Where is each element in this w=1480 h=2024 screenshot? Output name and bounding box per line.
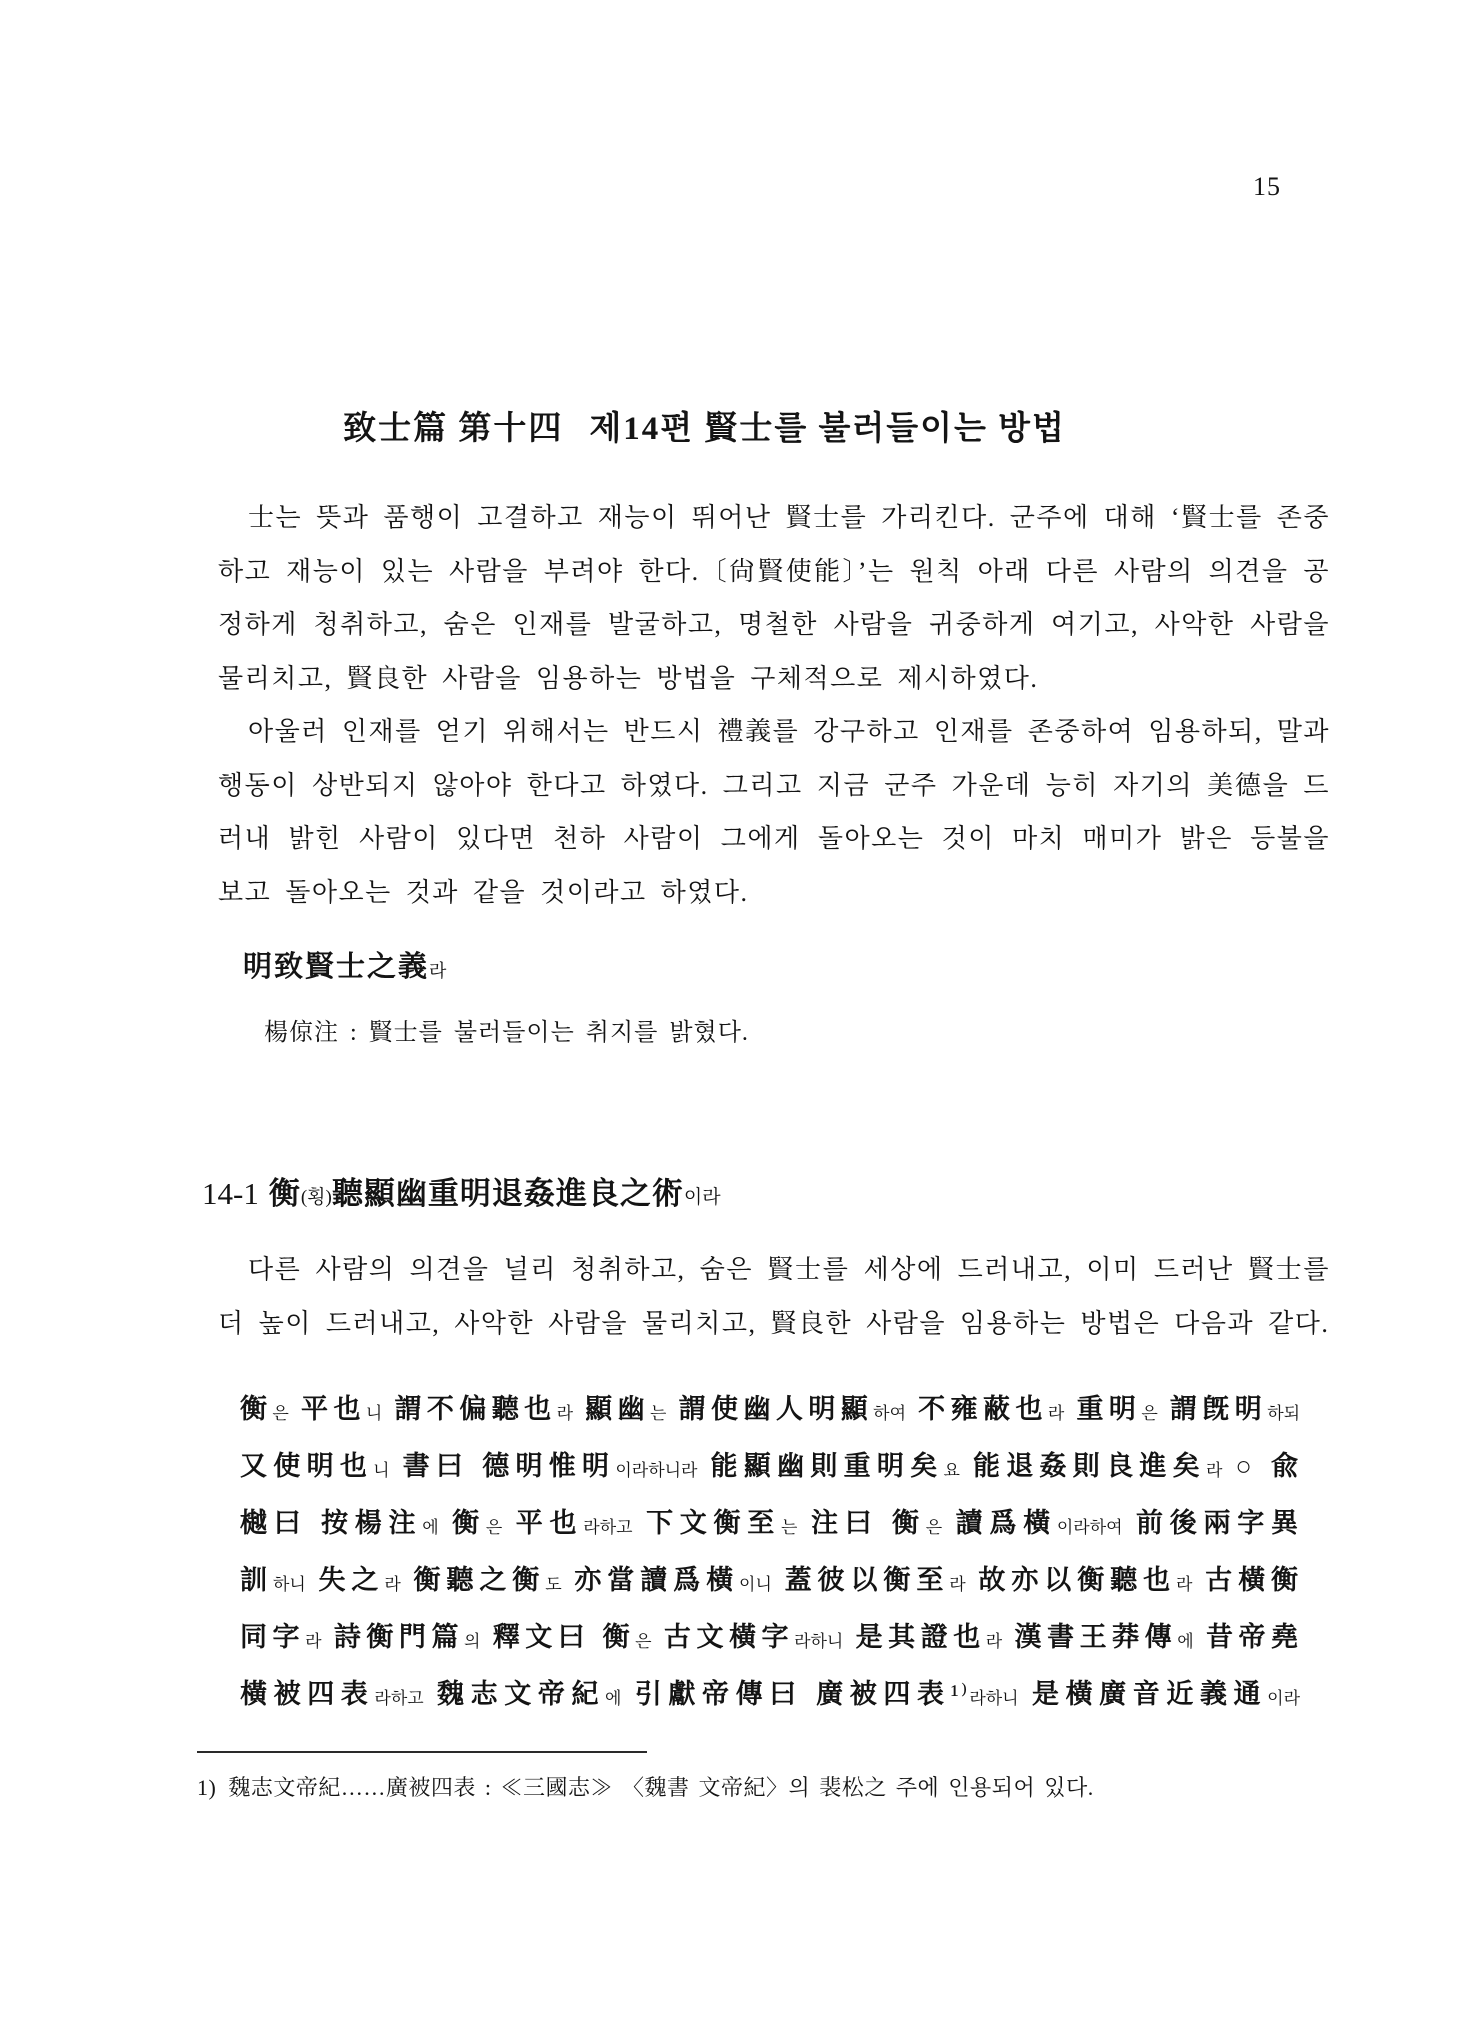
chapter-title: 致士篇 第十四제14편 賢士를 불러들이는 방법 [197,402,1212,449]
gugyeol-suffix: 라 [557,1404,573,1423]
gugyeol-suffix: 라 [305,1632,321,1651]
gugyeol-suffix: 라하니 [794,1632,843,1651]
section-heading-hanmun: 衡(횡)聽顯幽重明退姦進良之術이라 [269,1176,721,1211]
gugyeol-suffix: 의 [464,1632,480,1651]
annotation-line: 衡은 平也니 謂不偏聽也라 顯幽는 謂使幽人明顯하여 不雍蔽也라 重明은 謂旣明… [240,1383,1300,1440]
gugyeol-suffix: 이라하니라 [615,1461,697,1480]
gugyeol-suffix: 하니 [273,1575,306,1594]
annotation-line: 訓하니 失之라 衡聽之衡도 亦當讀爲橫이니 蓋彼以衡至라 故亦以衡聽也라 古橫衡 [240,1554,1300,1611]
gugyeol-suffix: 라 [1176,1575,1192,1594]
chapter-title-hanja: 致士篇 第十四 [343,411,563,447]
section-translation: 다른 사람의 의견을 널리 청취하고, 숨은 賢士를 세상에 드러내고, 이미 … [218,1243,1330,1350]
gugyeol-suffix: 에 [1177,1632,1193,1651]
gugyeol-suffix: 라 [986,1632,1002,1651]
annotation-block: 衡은 平也니 謂不偏聽也라 顯幽는 謂使幽人明顯하여 不雍蔽也라 重明은 謂旣明… [240,1383,1300,1725]
gugyeol-suffix: 은 [635,1632,651,1651]
gugyeol-suffix: 라하니 [969,1689,1018,1708]
footnote-text: 魏志文帝紀……廣被四表 : ≪三國志≫ 〈魏書 文帝紀〉의 裴松之 주에 인용되… [228,1775,1093,1800]
gugyeol-suffix: 도 [545,1575,561,1594]
gugyeol-suffix: 은 [272,1404,288,1423]
footnote-marker: 1) [197,1775,216,1800]
annotation-line: 同字라 詩衡門篇의 釋文曰 衡은 古文橫字라하니 是其證也라 漢書王莽傳에 昔帝… [240,1611,1300,1668]
gugyeol-suffix: (횡) [301,1187,332,1208]
gugyeol-suffix: 라하고 [374,1689,423,1708]
gugyeol-suffix: 는 [650,1404,666,1423]
gugyeol-suffix: 에 [422,1518,438,1537]
chapter-title-korean: 제14편 賢士를 불러들이는 방법 [589,411,1066,447]
gugyeol-suffix: 이라 [1267,1689,1300,1708]
gugyeol-suffix: 이라 [684,1187,721,1208]
gugyeol-suffix: 이니 [739,1575,772,1594]
gugyeol-suffix: 하되 [1267,1404,1300,1423]
gugyeol-suffix: 에 [605,1689,621,1708]
gugyeol-suffix: 라하고 [583,1518,632,1537]
intro-paragraph-1: 士는 뜻과 품행이 고결하고 재능이 뛰어난 賢士를 가리킨다. 군주에 대해 … [218,491,1330,705]
gugyeol-suffix: 니 [366,1404,382,1423]
gugyeol-suffix: 라 [1048,1404,1064,1423]
section-number: 14-1 [202,1176,259,1211]
gugyeol-suffix: 니 [373,1461,389,1480]
gist-heading: 明致賢士之義라 [243,944,1330,985]
footnote-separator [197,1751,647,1753]
gugyeol-suffix: 는 [781,1518,797,1537]
page-number: 15 [1253,172,1281,202]
gugyeol-suffix: 하여 [873,1404,906,1423]
footnote-reference: ¹⁾ [951,1679,970,1709]
gugyeol-suffix: 요 [943,1461,959,1480]
gugyeol-suffix: 은 [486,1518,502,1537]
annotation-line: 橫被四表라하고 魏志文帝紀에 引獻帝傳曰 廣被四表¹⁾라하니 是橫廣音近義通이라 [240,1668,1300,1725]
yang-note: 楊倞注 : 賢士를 불러들이는 취지를 밝혔다. [264,1012,1330,1047]
gugyeol-suffix: 은 [1141,1404,1157,1423]
gugyeol-suffix: 이라하여 [1057,1518,1123,1537]
gugyeol-suffix: 라 [384,1575,400,1594]
section-heading: 14-1衡(횡)聽顯幽重明退姦進良之術이라 [202,1168,1330,1213]
gugyeol-suffix: 라 [429,961,446,981]
footnote-1: 1)魏志文帝紀……廣被四表 : ≪三國志≫ 〈魏書 文帝紀〉의 裴松之 주에 인… [197,1771,1330,1802]
document-page: 15 致士篇 第十四제14편 賢士를 불러들이는 방법 士는 뜻과 품행이 고결… [0,0,1480,2024]
gugyeol-suffix: 은 [926,1518,942,1537]
annotation-line: 又使明也니 書曰 德明惟明이라하니라 能顯幽則重明矣요 能退姦則良進矣라 ○ 兪 [240,1440,1300,1497]
gugyeol-suffix: 라 [1206,1461,1222,1480]
intro-paragraph-2: 아울러 인재를 얻기 위해서는 반드시 禮義를 강구하고 인재를 존중하여 임용… [218,705,1330,919]
gugyeol-suffix: 라 [949,1575,965,1594]
annotation-line: 樾曰 按楊注에 衡은 平也라하고 下文衡至는 注曰 衡은 讀爲橫이라하여 前後兩… [240,1497,1300,1554]
